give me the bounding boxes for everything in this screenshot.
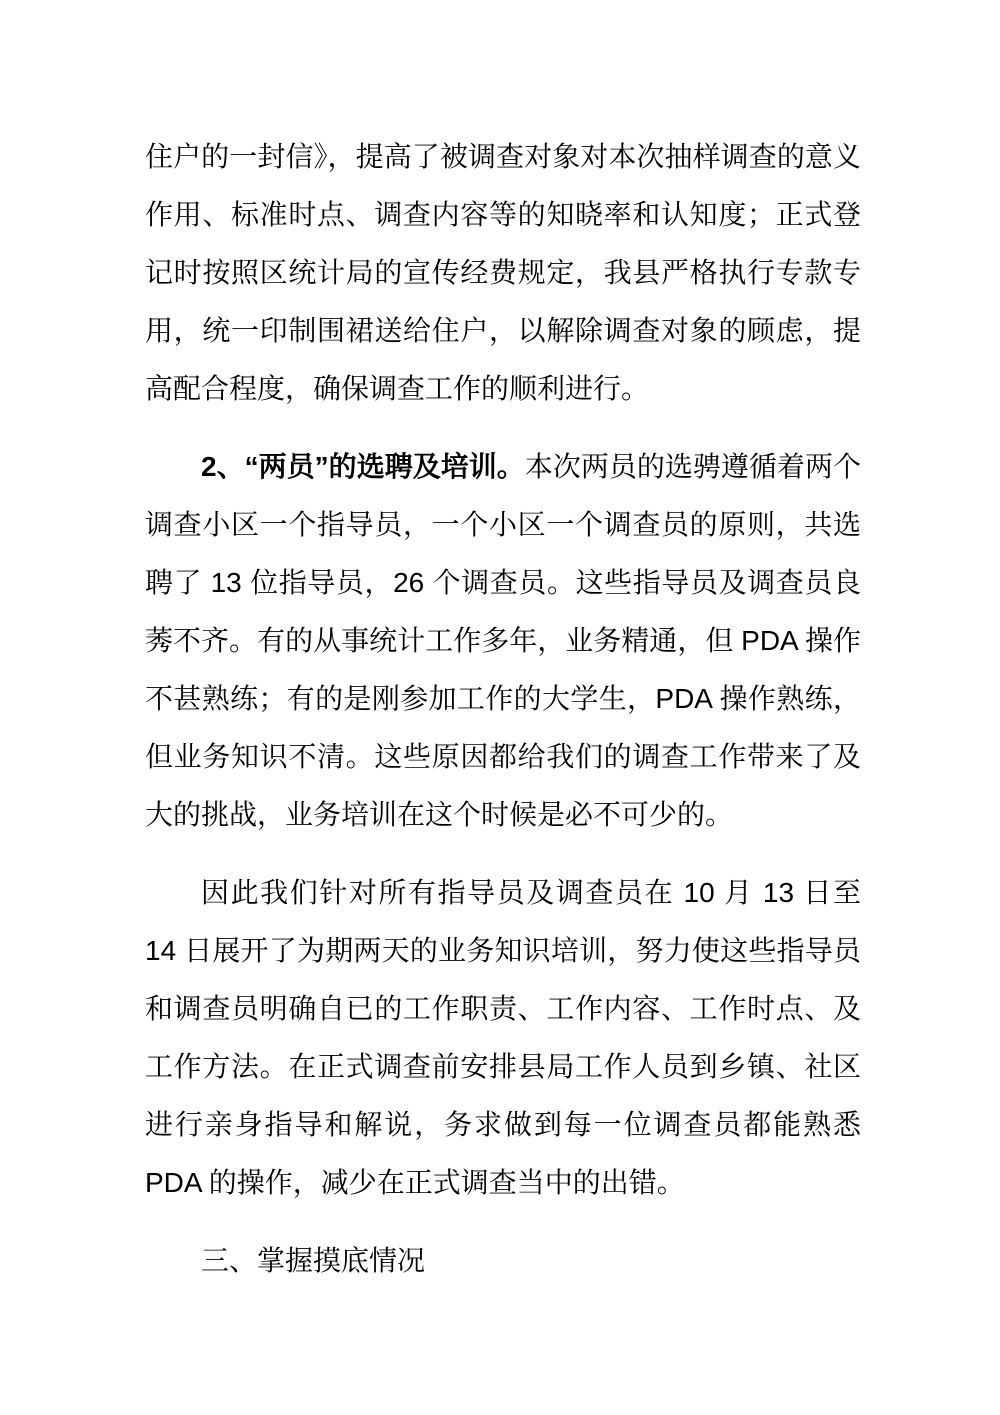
document-page: 住户的一封信》，提高了被调查对象对本次抽样调查的意义作用、标准时点、调查内容等的… xyxy=(145,128,861,1310)
text-run: 住户的一封信》，提高了被调查对象对本次抽样调查的意义作用、标准时点、调查内容等的… xyxy=(145,141,861,404)
paragraph: 因此我们针对所有指导员及调查员在 10 月 13 日至 14 日展开了为期两天的… xyxy=(145,864,861,1212)
paragraph: 2、“两员”的选聘及培训。本次两员的选骋遵循着两个调查小区一个指导员，一个小区一… xyxy=(145,438,861,844)
paragraph: 三、掌握摸底情况 xyxy=(145,1232,861,1290)
text-run: 三、掌握摸底情况 xyxy=(201,1245,425,1276)
text-run: 因此我们针对所有指导员及调查员在 10 月 13 日至 14 日展开了为期两天的… xyxy=(145,877,861,1198)
bold-text-run: 2、“两员”的选聘及培训。 xyxy=(201,451,525,482)
paragraph: 住户的一封信》，提高了被调查对象对本次抽样调查的意义作用、标准时点、调查内容等的… xyxy=(145,128,861,418)
text-run: 本次两员的选骋遵循着两个调查小区一个指导员，一个小区一个调查员的原则，共选聘了 … xyxy=(145,451,861,830)
